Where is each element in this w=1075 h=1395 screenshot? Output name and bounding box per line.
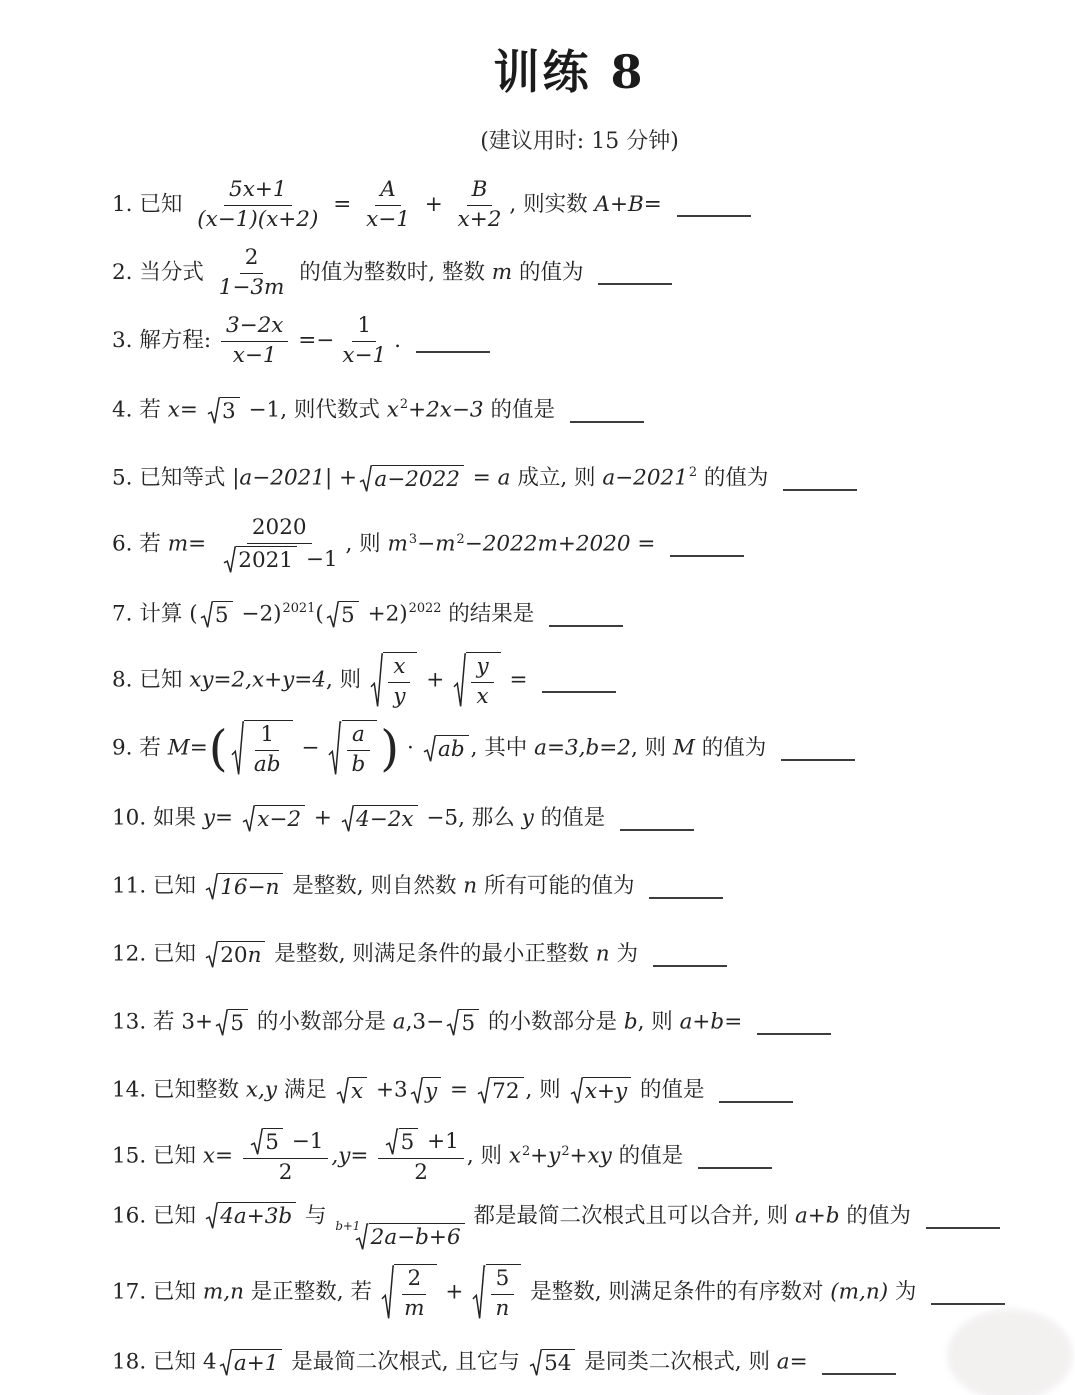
fraction-numerator: 5 −1 [243, 1128, 329, 1159]
text-run: 10. 如果 [112, 806, 203, 831]
answer-blank[interactable] [416, 330, 490, 354]
math-run: x−1 [342, 343, 386, 368]
problem-text: 15. 已知 x= 5 −12,y= 5 +12, 则 x2+y2+xy 的值是 [112, 1128, 772, 1185]
math-run: 2020 [252, 515, 307, 540]
text-run: 是整数, 则自然数 [285, 874, 463, 899]
text-run: 3. 解方程: [112, 328, 218, 353]
math-run: x−1 [366, 207, 410, 232]
sqrt-expression: 3 [207, 397, 240, 425]
math-run: a [498, 466, 511, 491]
radicand: 72 [490, 1077, 523, 1105]
text-run: 的值为整数时, 整数 [292, 260, 491, 285]
math-run: . [394, 328, 408, 353]
text-run: 5. 已知等式 [112, 466, 232, 491]
answer-blank[interactable] [620, 807, 694, 831]
sqrt-expression: 5 [385, 1128, 418, 1156]
answer-blank[interactable] [783, 467, 857, 491]
page-title: 训练 8 [32, 36, 1075, 102]
radicand: 5n [486, 1264, 522, 1321]
sqrt-expression: a−2022 [359, 465, 464, 493]
sqrt-expression: 16−n [205, 873, 284, 901]
fraction: 20202021 −1 [216, 516, 343, 573]
fraction-denominator: 1−3m [214, 274, 290, 301]
math-run: = [190, 736, 208, 761]
radicand: 5 [263, 1128, 283, 1156]
text-run: , 则 [326, 668, 368, 693]
math-run: m [168, 532, 188, 557]
fraction-numerator: 5 +1 [378, 1128, 464, 1159]
text-run: 是同类二次根式, 则 [577, 1350, 776, 1375]
math-run: −m [417, 532, 455, 557]
math-run: 16−n [220, 875, 279, 900]
math-run: 2 [245, 245, 259, 270]
math-run: y [425, 1079, 437, 1104]
fraction-numerator: 5 [491, 1267, 515, 1295]
answer-blank[interactable] [698, 1146, 772, 1170]
math-run: 2021 [238, 548, 293, 573]
text-run: 7. 计算 [112, 602, 189, 627]
math-run: y [522, 806, 534, 831]
fraction-numerator: x [388, 655, 410, 683]
fraction-numerator: 5x+1 [224, 178, 292, 206]
radical-icon [570, 1077, 583, 1105]
math-run: (m,n) [830, 1280, 888, 1305]
close-paren: ) [379, 721, 400, 777]
radical-icon [472, 1264, 485, 1321]
sqrt-expression: ab [328, 720, 377, 777]
superscript: 2022 [409, 601, 442, 616]
radicand: x [349, 1077, 367, 1105]
radicand: 4a+3b [218, 1202, 296, 1230]
math-run: = [188, 532, 213, 557]
math-run: x+y [585, 1079, 627, 1104]
problem-text: 11. 已知 16−n 是整数, 则自然数 n 所有可能的值为 [112, 869, 723, 900]
text-run: , 则 [526, 1078, 568, 1103]
text-run: 的小数部分是 [481, 1010, 624, 1035]
fraction-denominator: (x−1)(x+2) [192, 206, 323, 233]
superscript: 2 [522, 1144, 530, 1159]
problem-row-4: 4. 若 x= 3 −1, 则代数式 x2+2x−3 的值是 [112, 375, 1075, 443]
math-run: +2x−3 [408, 398, 484, 423]
math-run: B [472, 177, 488, 202]
math-run: A [380, 177, 396, 202]
math-run: 3−2x [226, 313, 284, 338]
radicand: 16−n [218, 873, 283, 901]
fraction-denominator: x+2 [453, 206, 507, 233]
math-run: 5 [401, 1130, 415, 1155]
text-run: 8. 已知 [112, 668, 189, 693]
radical-icon [385, 1128, 398, 1156]
answer-blank[interactable] [542, 670, 616, 694]
fraction-numerator: B [467, 178, 493, 206]
fraction-numerator: 3−2x [221, 314, 289, 342]
sqrt-expression: x+y [570, 1077, 632, 1105]
math-run: x [203, 1144, 215, 1169]
radical-icon [250, 1128, 263, 1156]
text-run: 成立, 则 [510, 466, 602, 491]
problem-row-10: 10. 如果 y= x−2 + 4−2x −5, 那么 y 的值是 [112, 783, 1075, 851]
radical-icon [205, 941, 218, 969]
text-run: 16. 已知 [112, 1204, 203, 1229]
fraction-numerator: 2 [240, 246, 264, 274]
math-run: −5 [420, 806, 459, 831]
radical-icon [423, 735, 436, 763]
sqrt-expression: a+1 [219, 1349, 283, 1377]
math-run: = [631, 532, 663, 557]
text-run: , 则实数 [509, 192, 594, 217]
math-run: x,y [246, 1078, 277, 1103]
superscript: 2 [457, 532, 465, 547]
problem-text: 9. 若 M=(1ab − ab) · ab, 其中 a=3,b=2, 则 M … [112, 720, 855, 777]
math-run: n [496, 1296, 510, 1321]
radicand: 5 [228, 1009, 248, 1037]
radical-icon [370, 652, 383, 709]
answer-blank[interactable] [677, 194, 751, 218]
sqrt-expression: b+12a−b+6 [335, 1223, 464, 1251]
math-run: ,3− [406, 1010, 445, 1035]
radical-icon [205, 873, 218, 901]
math-run: a=3,b=2 [534, 736, 631, 761]
math-run: M [168, 736, 190, 761]
text-run: 所有可能的值为 [477, 874, 641, 899]
math-run: ab [254, 752, 281, 777]
math-run: A+B [594, 192, 643, 217]
problem-row-17: 17. 已知 m,n 是正整数, 若 2m + 5n 是整数, 则满足条件的有序… [112, 1259, 1075, 1327]
fraction: 5x+1(x−1)(x+2) [192, 178, 323, 232]
text-run: 是整数, 则满足条件的最小正整数 [267, 942, 595, 967]
sqrt-expression: 2021 [223, 546, 297, 574]
problem-row-2: 2. 当分式 21−3m 的值为整数时, 整数 m 的值为 [112, 239, 1075, 307]
text-run: , 那么 [458, 806, 522, 831]
sqrt-expression: 5 [446, 1009, 479, 1037]
radicand: 3 [220, 397, 240, 425]
math-run: + [418, 192, 450, 217]
radical-icon [207, 397, 220, 425]
text-run: 18. 已知 [112, 1350, 203, 1375]
math-run: x [393, 654, 405, 679]
radical-icon [336, 1077, 349, 1105]
fraction: ab [347, 723, 371, 777]
math-run: + [307, 806, 339, 831]
fraction: 21−3m [214, 246, 290, 300]
fraction: 5n [491, 1267, 515, 1321]
math-run: a−2021 [602, 466, 688, 491]
radical-icon [231, 720, 244, 777]
radicand: xy [383, 652, 417, 709]
radical-icon [477, 1077, 490, 1105]
math-run: a−2022 [374, 467, 460, 492]
math-run: + [419, 668, 451, 693]
fraction: xy [388, 655, 410, 709]
math-run: 4−2x [356, 807, 414, 832]
radicand: y [423, 1077, 441, 1105]
math-run: a [777, 1350, 790, 1375]
fraction-numerator: y [471, 655, 493, 683]
text-run: 12. 已知 [112, 942, 203, 967]
math-run: ab [438, 737, 465, 762]
watermark [947, 1309, 1073, 1395]
problem-row-15: 15. 已知 x= 5 −12,y= 5 +12, 则 x2+y2+xy 的值是 [112, 1123, 1075, 1191]
problem-text: 2. 当分式 21−3m 的值为整数时, 整数 m 的值为 [112, 246, 672, 300]
text-run: 的值为 [695, 736, 773, 761]
sqrt-expression: x−2 [242, 805, 305, 833]
superscript: 2 [689, 465, 697, 480]
math-run: 3 [222, 399, 236, 424]
radicand: 5 [339, 601, 359, 629]
radical-icon [410, 1077, 423, 1105]
math-run: x−2 [257, 807, 301, 832]
math-run: 1 [357, 313, 371, 338]
problem-row-7: 7. 计算 (5 −2)2021(5 +2)2022 的结果是 [112, 579, 1075, 647]
sqrt-expression: xy [370, 652, 417, 709]
superscript: 2021 [283, 601, 316, 616]
sqrt-expression: 54 [529, 1349, 576, 1377]
sqrt-expression: 5 [250, 1128, 283, 1156]
problem-text: 13. 若 3+5 的小数部分是 a,3−5 的小数部分是 b, 则 a+b= [112, 1005, 831, 1036]
sqrt-expression: 5 [326, 601, 359, 629]
fraction-denominator: y [388, 683, 410, 710]
text-run: 14. 已知整数 [112, 1078, 246, 1103]
answer-blank[interactable] [570, 399, 644, 423]
root-index: b+1 [335, 1220, 360, 1234]
suggested-time-note: (建议用时: 15 分钟) [42, 124, 1075, 155]
text-run: , 则 [638, 1010, 680, 1035]
sqrt-expression: x [336, 1077, 367, 1105]
math-run: 4 [203, 1350, 217, 1375]
math-run: 2 [414, 1160, 428, 1185]
text-run: 的值是 [612, 1144, 690, 1169]
fraction-denominator: x−1 [228, 342, 282, 369]
math-run: b [352, 752, 366, 777]
radicand: 4−2x [354, 805, 418, 833]
fraction: 2m [399, 1267, 429, 1321]
answer-blank[interactable] [549, 603, 623, 627]
problem-text: 14. 已知整数 x,y 满足 x +3y = 72, 则 x+y 的值是 [112, 1073, 793, 1104]
fraction: Ax−1 [361, 178, 415, 232]
problem-text: 7. 计算 (5 −2)2021(5 +2)2022 的结果是 [112, 597, 623, 628]
math-run: · [400, 736, 421, 761]
fraction: 1ab [249, 723, 286, 777]
problem-row-11: 11. 已知 16−n 是整数, 则自然数 n 所有可能的值为 [112, 851, 1075, 919]
math-run: 2a−b+6 [371, 1225, 461, 1250]
math-run: 3+ [181, 1010, 213, 1035]
math-run: y [393, 684, 405, 709]
sqrt-expression: 4−2x [341, 805, 418, 833]
radicand: 2m [394, 1264, 436, 1321]
math-run: 5 [265, 1130, 279, 1155]
problem-row-5: 5. 已知等式 |a−2021| +a−2022 = a 成立, 则 a−202… [112, 443, 1075, 511]
problem-row-8: 8. 已知 xy=2,x+y=4, 则 xy + yx = [112, 647, 1075, 715]
radical-icon [215, 1009, 228, 1037]
radicand: a−2022 [372, 465, 464, 493]
math-run: m [492, 260, 512, 285]
math-run: −2022m+2020 [465, 532, 631, 557]
answer-blank[interactable] [649, 875, 723, 899]
superscript: 2 [400, 397, 408, 412]
sqrt-expression: 5 [200, 601, 233, 629]
text-run: 是整数, 则满足条件的有序数对 [523, 1280, 830, 1305]
problem-text: 8. 已知 xy=2,x+y=4, 则 xy + yx = [112, 652, 616, 709]
math-run: xy=2,x+y=4 [189, 668, 326, 693]
radical-icon [381, 1264, 394, 1321]
radical-icon [446, 1009, 459, 1037]
problem-text: 17. 已知 m,n 是正整数, 若 2m + 5n 是整数, 则满足条件的有序… [112, 1264, 1005, 1321]
problem-text: 6. 若 m= 20202021 −1, 则 m3−m2−2022m+2020 … [112, 516, 744, 573]
fraction-denominator: x [471, 683, 493, 710]
fraction-numerator: 1 [352, 314, 376, 342]
radicand: x+y [583, 1077, 631, 1105]
text-run: 的值为 [697, 466, 775, 491]
math-run: 1 [260, 722, 274, 747]
math-run: 5 [496, 1266, 510, 1291]
sqrt-expression: y [410, 1077, 441, 1105]
math-run: 54 [544, 1351, 571, 1376]
radical-icon [242, 805, 255, 833]
math-run: = [350, 1144, 375, 1169]
answer-blank[interactable] [822, 1351, 896, 1375]
text-run: 为 [888, 1280, 923, 1305]
fraction-numerator: 1 [255, 723, 279, 751]
math-run: −2) [235, 602, 282, 627]
math-run: m [404, 1296, 424, 1321]
radicand: a+1 [232, 1349, 283, 1377]
math-run: = [326, 192, 358, 217]
sqrt-expression: 20n [205, 941, 266, 969]
math-run: a+b [795, 1204, 840, 1229]
math-run: x [476, 684, 488, 709]
fraction: yx [471, 655, 493, 709]
sqrt-expression: 5 [215, 1009, 248, 1037]
text-run: 是正整数, 若 [244, 1280, 379, 1305]
math-run: = [724, 1010, 749, 1035]
fraction-denominator: b [347, 751, 371, 778]
problem-text: 5. 已知等式 |a−2021| +a−2022 = a 成立, 则 a−202… [112, 461, 857, 492]
superscript: 3 [409, 532, 417, 547]
math-run: y [203, 806, 215, 831]
text-run: , 则 [631, 736, 673, 761]
problem-text: 12. 已知 20n 是整数, 则满足条件的最小正整数 n 为 [112, 937, 727, 968]
math-run: n [596, 942, 610, 967]
radicand: 2a−b+6 [369, 1223, 465, 1251]
math-run: x [387, 398, 399, 423]
answer-blank[interactable] [926, 1205, 1000, 1229]
header: 训练 8 (建议用时: 15 分钟) [0, 0, 1075, 155]
math-run: M [673, 736, 695, 761]
problem-text: 18. 已知 4a+1 是最简二次根式, 且它与 54 是同类二次根式, 则 a… [112, 1345, 896, 1376]
math-run: 72 [492, 1079, 519, 1104]
math-run: 4a+3b [220, 1204, 292, 1229]
answer-blank[interactable] [931, 1282, 1005, 1306]
text-run: 的值是 [534, 806, 612, 831]
answer-blank[interactable] [598, 262, 672, 286]
problem-row-1: 1. 已知 5x+1(x−1)(x+2) = Ax−1 + Bx+2, 则实数 … [112, 171, 1075, 239]
fraction: 5 +12 [378, 1128, 464, 1185]
problem-row-12: 12. 已知 20n 是整数, 则满足条件的最小正整数 n 为 [112, 919, 1075, 987]
sqrt-expression: 5n [472, 1264, 521, 1321]
fraction: Bx+2 [453, 178, 507, 232]
math-run: a+1 [234, 1351, 279, 1376]
radicand: 5 [399, 1128, 419, 1156]
math-run: +xy [570, 1144, 612, 1169]
fraction-denominator: 2 [274, 1159, 298, 1186]
text-run: , 则 [346, 532, 388, 557]
text-run: , 则代数式 [280, 398, 387, 423]
radicand: 5 [213, 601, 233, 629]
answer-blank[interactable] [781, 738, 855, 762]
problem-text: 16. 已知 4a+3b 与 b+12a−b+6 都是最简二次根式且可以合并, … [112, 1199, 1000, 1251]
text-run: 的值为 [840, 1204, 918, 1229]
math-run: − [295, 736, 327, 761]
answer-blank[interactable] [757, 1011, 831, 1035]
problem-row-13: 13. 若 3+5 的小数部分是 a,3−5 的小数部分是 b, 则 a+b= [112, 987, 1075, 1055]
answer-blank[interactable] [670, 534, 744, 558]
fraction: 5 −12 [243, 1128, 329, 1185]
problem-row-6: 6. 若 m= 20202021 −1, 则 m3−m2−2022m+2020 … [112, 511, 1075, 579]
problem-row-14: 14. 已知整数 x,y 满足 x +3y = 72, 则 x+y 的值是 [112, 1055, 1075, 1123]
problem-text: 4. 若 x= 3 −1, 则代数式 x2+2x−3 的值是 [112, 393, 644, 424]
text-run: 2. 当分式 [112, 260, 211, 285]
fraction-denominator: m [399, 1295, 429, 1322]
radical-icon [219, 1349, 232, 1377]
math-run: +3 [369, 1078, 408, 1103]
text-run: 的小数部分是 [250, 1010, 393, 1035]
fraction-denominator: 2 [409, 1159, 433, 1186]
radicand: ab [436, 735, 469, 763]
math-run: x [509, 1144, 521, 1169]
text-run: 9. 若 [112, 736, 168, 761]
math-run: = [644, 192, 669, 217]
radical-icon [328, 720, 341, 777]
math-run: = [180, 398, 205, 423]
fraction-numerator: A [375, 178, 401, 206]
text-run: 的值为 [512, 260, 590, 285]
problem-text: 1. 已知 5x+1(x−1)(x+2) = Ax−1 + Bx+2, 则实数 … [112, 178, 751, 232]
text-run: 与 [298, 1204, 333, 1229]
math-run: ( [189, 602, 197, 627]
math-run: −1 [299, 547, 338, 572]
fraction: 1x−1 [337, 314, 391, 368]
text-run: 4. 若 [112, 398, 168, 423]
fraction-denominator: x−1 [361, 206, 415, 233]
fraction-denominator: x−1 [337, 342, 391, 369]
radicand: 20n [218, 941, 265, 969]
math-run: n [248, 943, 262, 968]
text-run: 的值是 [484, 398, 562, 423]
math-run: = [790, 1350, 815, 1375]
problem-row-9: 9. 若 M=(1ab − ab) · ab, 其中 a=3,b=2, 则 M … [112, 715, 1075, 783]
fraction-denominator: ab [249, 751, 286, 778]
math-run: m,n [203, 1280, 244, 1305]
text-run: 的结果是 [441, 602, 541, 627]
answer-blank[interactable] [719, 1079, 793, 1103]
math-run: 1−3m [219, 275, 285, 300]
sqrt-expression: 72 [477, 1077, 524, 1105]
math-run: x+2 [458, 207, 502, 232]
text-run: 的值是 [633, 1078, 711, 1103]
fraction-numerator: 2 [402, 1267, 426, 1295]
math-run: a [352, 722, 365, 747]
math-run: 5 [461, 1011, 475, 1036]
fraction-numerator: 2020 [247, 516, 312, 544]
sqrt-expression: yx [453, 652, 500, 709]
answer-blank[interactable] [653, 943, 727, 967]
math-run: = [503, 668, 535, 693]
math-run: 2 [407, 1266, 421, 1291]
math-run: a+b [680, 1010, 725, 1035]
math-run: = [215, 806, 240, 831]
text-run: 是最简二次根式, 且它与 [284, 1350, 526, 1375]
text-run: 17. 已知 [112, 1280, 203, 1305]
